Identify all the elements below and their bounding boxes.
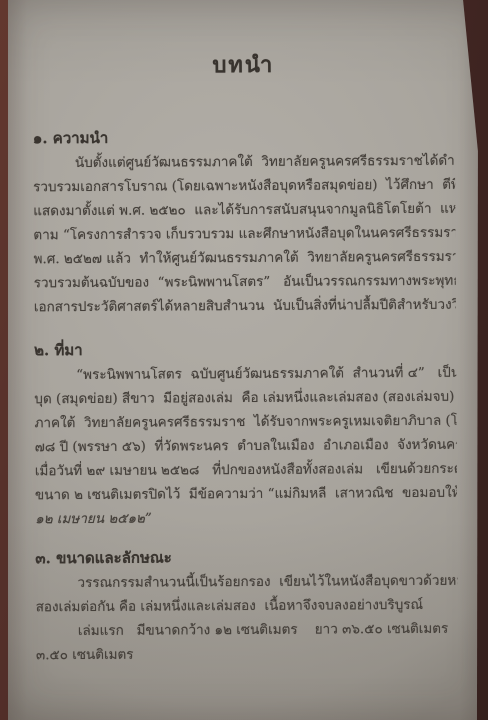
page-content: บทนำ ๑. ความนำ นับตั้งแต่ศูนย์วัฒนธรรมภา… — [32, 0, 458, 667]
text-line: ๑๒ เมษายน ๒๕๑๒” — [35, 505, 457, 532]
page-title: บทนำ — [32, 49, 454, 82]
text-line: วรรณกรรมสำนวนนี้เป็นร้อยกรอง เขียนไว้ในห… — [35, 569, 457, 596]
text-line: ขนาด ๒ เซนติเมตรปิดไว้ มีข้อความว่า “แม่… — [35, 481, 457, 508]
section-origin: ๒. ที่มา “พระนิพพานโสตร ฉบับศูนย์วัฒนธรร… — [34, 337, 457, 532]
text-line: เล่มแรก มีขนาดกว้าง ๑๒ เซนติเมตร ยาว ๓๖.… — [36, 617, 458, 644]
text-line: ตาม “โครงการสำรวจ เก็บรวบรวม และศึกษาหนั… — [33, 221, 455, 248]
paragraph: วรรณกรรมสำนวนนี้เป็นร้อยกรอง เขียนไว้ในห… — [35, 569, 458, 668]
section-heading: ๒. ที่มา — [34, 337, 456, 362]
book-page: บทนำ ๑. ความนำ นับตั้งแต่ศูนย์วัฒนธรรมภา… — [8, 0, 488, 720]
text-line: แสดงมาตั้งแต่ พ.ศ. ๒๕๒๐ และได้รับการสนับ… — [33, 197, 455, 224]
section-heading: ๑. ความนำ — [33, 125, 455, 150]
text-line: พ.ศ. ๒๕๒๗ แล้ว ทำให้ศูนย์วัฒนธรรมภาคใต้ … — [33, 245, 455, 272]
text-line: บุด (สมุดข่อย) สีขาว มีอยู่สองเล่ม คือ เ… — [34, 385, 456, 412]
text-line: เมื่อวันที่ ๒๙ เมษายน ๒๕๒๘ ที่ปกของหนังส… — [35, 457, 457, 484]
text-line: ภาคใต้ วิทยาลัยครูนครศรีธรรมราช ได้รับจา… — [34, 409, 456, 436]
text-line: ๓.๕๐ เซนติเมตร — [36, 641, 458, 668]
text-line: รวบรวมต้นฉบับของ “พระนิพพานโสตร” อันเป็น… — [34, 269, 456, 296]
text-line: รวบรวมเอกสารโบราณ (โดยเฉพาะหนังสือบุดหรื… — [33, 173, 455, 200]
text-line: สองเล่มต่อกัน คือ เล่มหนึ่งและเล่มสอง เน… — [36, 593, 458, 620]
paragraph: “พระนิพพานโสตร ฉบับศูนย์วัฒนธรรมภาคใต้ ส… — [34, 361, 457, 532]
section-intro: ๑. ความนำ นับตั้งแต่ศูนย์วัฒนธรรมภาคใต้ … — [33, 125, 456, 320]
text-line: ๗๘ ปี (พรรษา ๕๖) ที่วัดพระนคร ตำบลในเมือ… — [35, 433, 457, 460]
text-line: เอกสารประวัติศาสตร์ได้หลายสิบสำนวน นับเป… — [34, 293, 456, 320]
section-size: ๓. ขนาดและลักษณะ วรรณกรรมสำนวนนี้เป็นร้อ… — [35, 545, 458, 668]
book-photo: บทนำ ๑. ความนำ นับตั้งแต่ศูนย์วัฒนธรรมภา… — [0, 0, 488, 720]
text-line: “พระนิพพานโสตร ฉบับศูนย์วัฒนธรรมภาคใต้ ส… — [34, 361, 456, 388]
paragraph: นับตั้งแต่ศูนย์วัฒนธรรมภาคใต้ วิทยาลัยคร… — [33, 149, 456, 320]
section-heading: ๓. ขนาดและลักษณะ — [35, 545, 457, 570]
text-line: นับตั้งแต่ศูนย์วัฒนธรรมภาคใต้ วิทยาลัยคร… — [33, 149, 455, 176]
